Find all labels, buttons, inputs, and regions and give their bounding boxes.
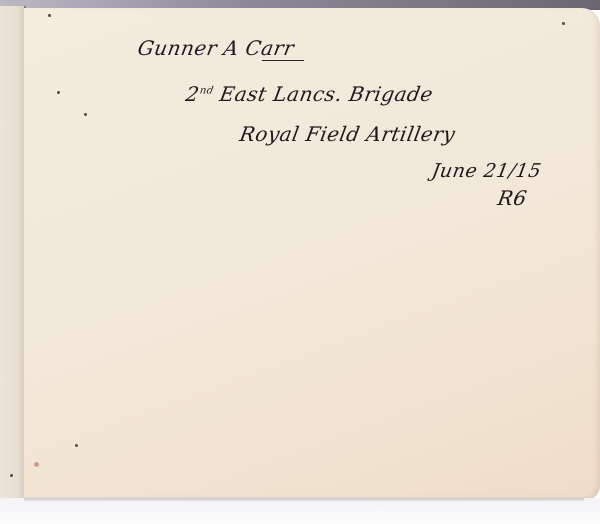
inscription-date: June 21/15 xyxy=(430,160,543,182)
paper-speck xyxy=(57,91,60,94)
paper-stain xyxy=(34,462,39,467)
page-shadow xyxy=(24,498,584,502)
inscription-unit: 2nd East Lancs. Brigade xyxy=(184,82,435,106)
paper-speck xyxy=(10,474,13,477)
paper-speck xyxy=(48,14,51,17)
paper-speck xyxy=(84,113,87,116)
unit-name: East Lancs. Brigade xyxy=(211,82,435,106)
paper-speck xyxy=(75,444,78,447)
inscription-regiment: Royal Field Artillery xyxy=(238,122,457,146)
inscription-initials: R6 xyxy=(496,186,529,210)
inscription-name: Gunner A Carr xyxy=(136,36,296,60)
left-facing-page xyxy=(0,6,26,498)
paper-speck xyxy=(562,22,565,25)
name-underline xyxy=(262,60,304,61)
